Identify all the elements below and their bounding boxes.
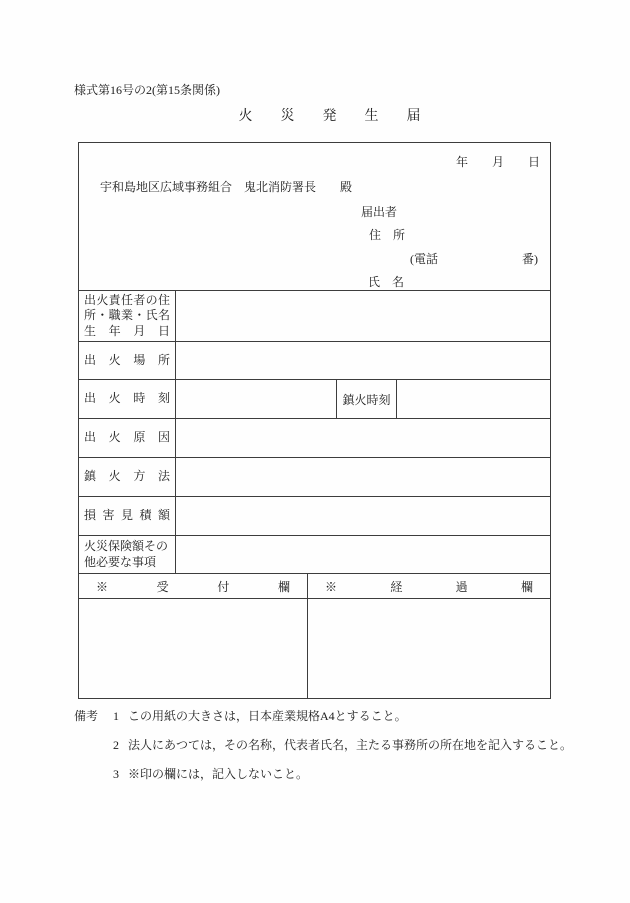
damage-estimate-label-cell: 損 害 見 積 額 xyxy=(79,497,175,535)
ignition-cause-value-cell xyxy=(175,419,550,457)
note-item: 備考 1 この用紙の大きさは，日本産業規格A4とすること。 xyxy=(74,708,619,724)
extinguish-time-label: 鎮火時刻 xyxy=(342,391,390,408)
date-line: 年 月 日 xyxy=(456,154,540,170)
extinguish-method-label: 鎮 火 方 法 xyxy=(84,469,170,485)
ignition-location-label-cell: 出 火 場 所 xyxy=(79,342,175,379)
row-insurance-etc: 火災保険額その 他必要な事項 xyxy=(79,535,550,573)
note-number: 3 xyxy=(113,766,128,782)
ignition-time-label-cell: 出 火 時 刻 xyxy=(79,380,175,418)
document-page: 様式第16号の2(第15条関係) 火 災 発 生 届 年 月 日 宇和島地区広域… xyxy=(0,0,630,903)
form-number: 様式第16号の2(第15条関係) xyxy=(74,82,220,98)
row-stamp-headers: ※ 受 付 欄 ※ 経 過 欄 xyxy=(79,573,550,598)
ignition-cause-label: 出 火 原 因 xyxy=(84,430,170,446)
extinguish-method-label-cell: 鎮 火 方 法 xyxy=(79,458,175,496)
row-ignition-cause: 出 火 原 因 xyxy=(79,418,550,457)
notes-section: 備考 1 この用紙の大きさは，日本産業規格A4とすること。 2 法人にあつては，… xyxy=(74,708,619,795)
header-section: 年 月 日 宇和島地区広域事務組合 鬼北消防署長 殿 届出者 住 所 (電話 番… xyxy=(79,143,550,290)
addressee-line: 宇和島地区広域事務組合 鬼北消防署長 殿 xyxy=(100,179,352,195)
damage-estimate-label: 損 害 見 積 額 xyxy=(84,508,170,524)
document-title: 火 災 発 生 届 xyxy=(78,108,551,126)
ignition-location-value-cell xyxy=(175,342,550,379)
progress-area-cell xyxy=(307,599,550,698)
reception-column-header: ※ 受 付 欄 xyxy=(96,578,290,595)
extinguish-time-value-cell xyxy=(396,380,550,418)
note-text: ※印の欄には，記入しないこと。 xyxy=(128,766,619,782)
note-heading-spacer xyxy=(74,737,113,753)
fire-responsible-label: 出火責任者の住 所・職業・氏名 生 年 月 日 xyxy=(84,293,170,340)
insurance-etc-label: 火災保険額その 他必要な事項 xyxy=(84,539,170,570)
row-ignition-time: 出 火 時 刻 鎮火時刻 xyxy=(79,379,550,418)
fire-responsible-value-cell xyxy=(175,291,550,341)
name-label: 氏 名 xyxy=(368,274,404,290)
note-number: 1 xyxy=(113,708,128,724)
row-ignition-location: 出 火 場 所 xyxy=(79,341,550,379)
fire-responsible-label-cell: 出火責任者の住 所・職業・氏名 生 年 月 日 xyxy=(79,291,175,341)
note-heading-spacer xyxy=(74,766,113,782)
insurance-etc-label-cell: 火災保険額その 他必要な事項 xyxy=(79,536,175,573)
extinguish-method-value-cell xyxy=(175,458,550,496)
address-label: 住 所 xyxy=(369,227,405,243)
note-text: 法人にあつては，その名称，代表者氏名，主たる事務所の所在地を記入すること。 xyxy=(128,737,619,753)
row-damage-estimate: 損 害 見 積 額 xyxy=(79,496,550,535)
notifier-label: 届出者 xyxy=(361,204,397,220)
row-fire-responsible: 出火責任者の住 所・職業・氏名 生 年 月 日 xyxy=(79,290,550,341)
ignition-cause-label-cell: 出 火 原 因 xyxy=(79,419,175,457)
progress-column-header-cell: ※ 経 過 欄 xyxy=(307,574,550,598)
note-number: 2 xyxy=(113,737,128,753)
note-text: この用紙の大きさは，日本産業規格A4とすること。 xyxy=(128,708,619,724)
phone-label: (電話 番) xyxy=(410,251,538,267)
fire-report-form-table: 年 月 日 宇和島地区広域事務組合 鬼北消防署長 殿 届出者 住 所 (電話 番… xyxy=(78,142,551,699)
ignition-time-value-cell xyxy=(175,380,336,418)
note-item: 2 法人にあつては，その名称，代表者氏名，主たる事務所の所在地を記入すること。 xyxy=(74,737,619,753)
damage-estimate-value-cell xyxy=(175,497,550,535)
reception-area-cell xyxy=(79,599,307,698)
reception-column-header-cell: ※ 受 付 欄 xyxy=(79,574,307,598)
insurance-etc-value-cell xyxy=(175,536,550,573)
note-item: 3 ※印の欄には，記入しないこと。 xyxy=(74,766,619,782)
progress-column-header: ※ 経 過 欄 xyxy=(325,578,533,595)
ignition-time-label: 出 火 時 刻 xyxy=(84,391,170,407)
ignition-location-label: 出 火 場 所 xyxy=(84,353,170,369)
extinguish-time-label-cell: 鎮火時刻 xyxy=(336,380,396,418)
row-stamp-areas xyxy=(79,598,550,698)
row-extinguish-method: 鎮 火 方 法 xyxy=(79,457,550,496)
note-heading: 備考 xyxy=(74,708,113,724)
